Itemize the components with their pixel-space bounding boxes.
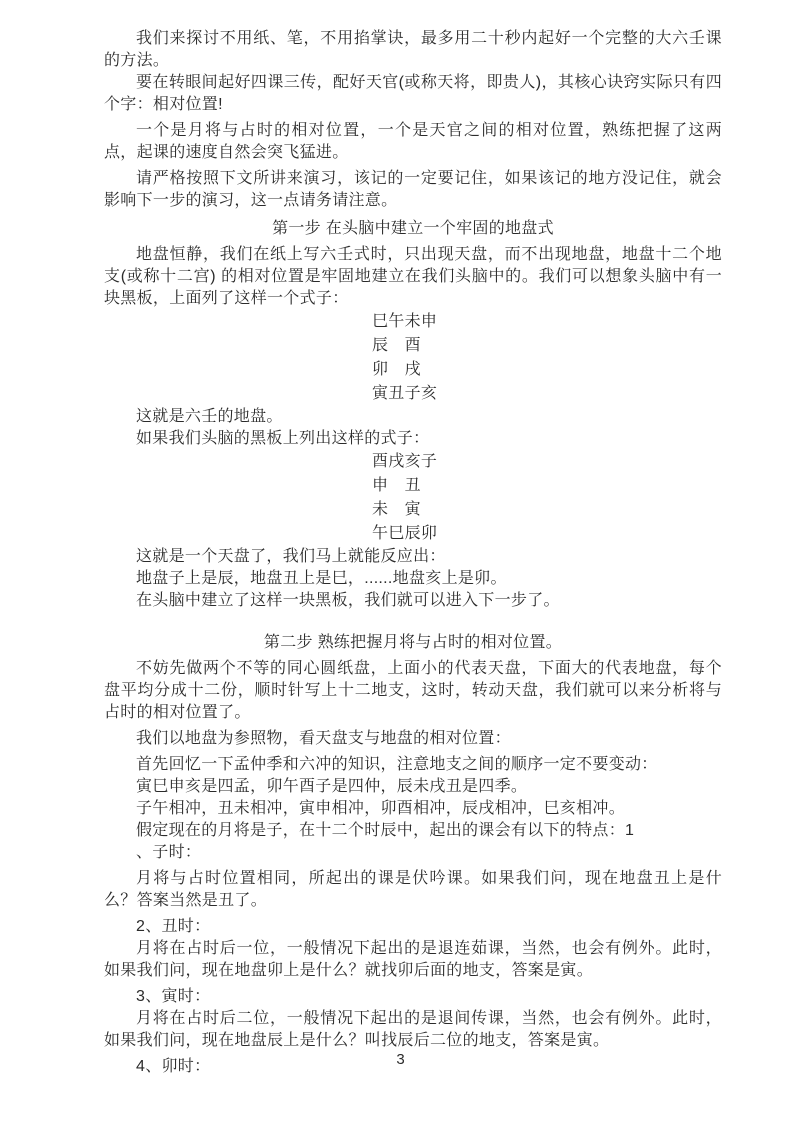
document-page: 我们来探讨不用纸、笔，不用掐掌诀，最多用二十秒内起好一个完整的大六壬课的方法。 … [0, 0, 801, 1122]
body-paragraph: 寅巳申亥是四孟，卯午酉子是四仲，辰未戌丑是四季。 [104, 776, 722, 798]
body-paragraph: 请严格按照下文所讲来演习，该记的一定要记住，如果该记的地方没记住，就会影响下一步… [104, 168, 722, 212]
body-paragraph: 假定现在的月将是子，在十二个时辰中，起出的课会有以下的特点：1 [104, 820, 722, 842]
body-paragraph: 地盘子上是辰，地盘丑上是巳，......地盘亥上是卯。 [104, 568, 722, 590]
section-heading-step1: 第一步 在头脑中建立一个牢固的地盘式 [104, 218, 722, 240]
body-paragraph: 不妨先做两个不等的同心圆纸盘，上面小的代表天盘，下面大的代表地盘，每个盘平均分成… [104, 658, 722, 724]
diagram-row: 巳午未申 [372, 310, 722, 334]
body-paragraph: 地盘恒静，我们在纸上写六壬式时，只出现天盘，而不出现地盘，地盘十二个地支(或称十… [104, 244, 722, 310]
diagram-row: 辰 酉 [372, 334, 722, 358]
page-number: 3 [0, 1050, 801, 1070]
diagram-row: 未 寅 [372, 498, 722, 522]
diagram-row: 酉戌亥子 [372, 450, 722, 474]
section-heading-step2: 第二步 熟练把握月将与占时的相对位置。 [104, 632, 722, 654]
body-paragraph: 2、丑时： [104, 916, 722, 938]
document-body: 我们来探讨不用纸、笔，不用掐掌诀，最多用二十秒内起好一个完整的大六壬课的方法。 … [104, 28, 722, 1078]
body-paragraph: 如果我们头脑的黑板上列出这样的式子： [104, 428, 722, 450]
body-paragraph: 我们来探讨不用纸、笔，不用掐掌诀，最多用二十秒内起好一个完整的大六壬课的方法。 [104, 28, 722, 72]
body-paragraph: 一个是月将与占时的相对位置，一个是天官之间的相对位置，熟练把握了这两点，起课的速… [104, 120, 722, 164]
body-paragraph: 我们以地盘为参照物，看天盘支与地盘的相对位置： [104, 728, 722, 750]
body-paragraph: 在头脑中建立了这样一块黑板，我们就可以进入下一步了。 [104, 590, 722, 612]
body-paragraph: 这就是六壬的地盘。 [104, 406, 722, 428]
heaven-plate-diagram: 酉戌亥子 申 丑 未 寅 午巳辰卯 [372, 450, 722, 546]
diagram-row: 寅丑子亥 [372, 382, 722, 406]
body-paragraph: 首先回忆一下孟仲季和六冲的知识，注意地支之间的顺序一定不要变动： [104, 754, 722, 776]
earth-plate-diagram: 巳午未申 辰 酉 卯 戌 寅丑子亥 [372, 310, 722, 406]
body-paragraph: 月将与占时位置相同，所起出的课是伏吟课。如果我们问，现在地盘丑上是什么？答案当然… [104, 868, 722, 912]
diagram-row: 午巳辰卯 [372, 522, 722, 546]
body-paragraph: 月将在占时后二位，一般情况下起出的是退间传课，当然，也会有例外。此时，如果我们问… [104, 1008, 722, 1052]
body-paragraph: 要在转眼间起好四课三传，配好天官(或称天将，即贵人)，其核心诀窍实际只有四个字：… [104, 72, 722, 116]
body-paragraph: 、子时： [104, 842, 722, 864]
body-paragraph: 月将在占时后一位，一般情况下起出的是退连茹课，当然，也会有例外。此时，如果我们问… [104, 938, 722, 982]
diagram-row: 卯 戌 [372, 358, 722, 382]
body-paragraph: 3、寅时： [104, 986, 722, 1008]
body-paragraph: 这就是一个天盘了，我们马上就能反应出： [104, 546, 722, 568]
diagram-row: 申 丑 [372, 474, 722, 498]
body-paragraph: 子午相冲，丑未相冲，寅申相冲，卯酉相冲，辰戌相冲，巳亥相冲。 [104, 798, 722, 820]
